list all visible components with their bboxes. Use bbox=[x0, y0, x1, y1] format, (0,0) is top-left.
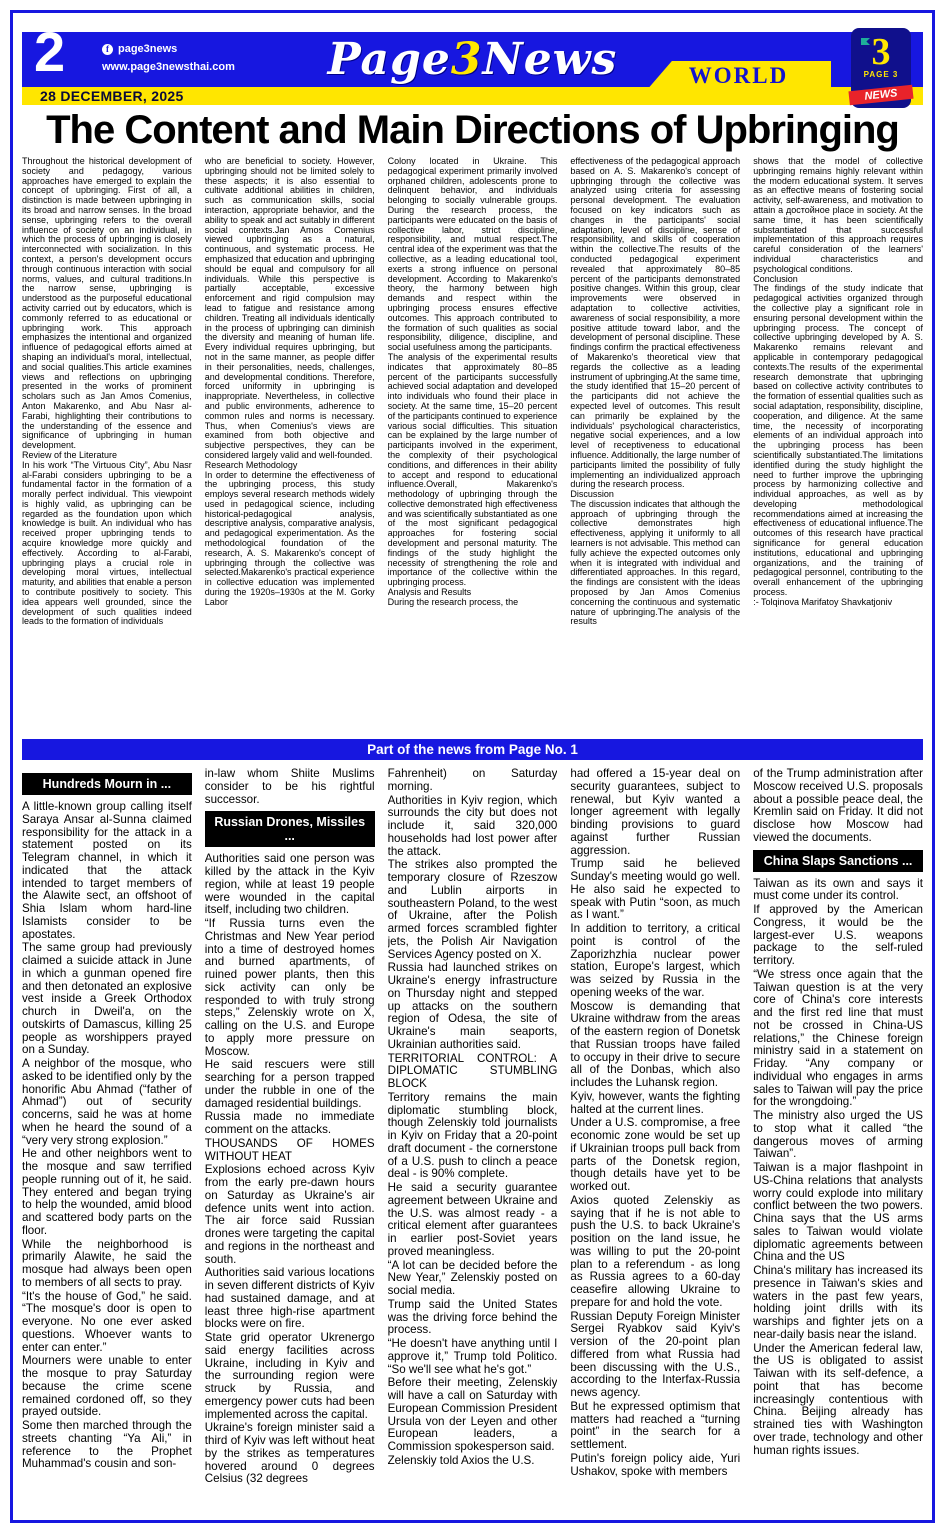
article-paragraph: Russian Deputy Foreign Minister Sergei R… bbox=[570, 1311, 740, 1400]
article-paragraph: effectiveness of the pedagogical approac… bbox=[570, 157, 740, 490]
article-paragraph: Kyiv, however, wants the fighting halted… bbox=[570, 1091, 740, 1117]
article-paragraph: The analysis of the experimental results… bbox=[388, 353, 558, 588]
article-paragraph: Fahrenheit) on Saturday morning. bbox=[388, 768, 558, 794]
newspaper-title-part2: 3 bbox=[451, 34, 483, 85]
article-paragraph: Some then marched through the streets ch… bbox=[22, 1420, 192, 1471]
article-paragraph: Taiwan is a major flashpoint in US-China… bbox=[753, 1162, 923, 1264]
article-paragraph: “A lot can be decided before the New Yea… bbox=[388, 1260, 558, 1298]
article-paragraph: Authorities said one person was killed b… bbox=[205, 853, 375, 917]
article-paragraph: Mourners were unable to enter the mosque… bbox=[22, 1355, 192, 1419]
issue-date: 28 DECEMBER, 2025 bbox=[22, 88, 184, 104]
article-paragraph: “He doesn't have anything until I approv… bbox=[388, 1338, 558, 1376]
article-paragraph: During the research process, the bbox=[388, 598, 558, 608]
logo-page-label: PAGE 3 bbox=[853, 70, 909, 79]
section-label: WORLD bbox=[689, 63, 788, 89]
article-paragraph: Russia made no immediate comment on the … bbox=[205, 1111, 375, 1137]
main-article-column-2: who are beneficial to society. However, … bbox=[205, 157, 375, 733]
article-paragraph: A neighbor of the mosque, who asked to b… bbox=[22, 1058, 192, 1147]
news-section-body: Hundreds Mourn in ...A little-known grou… bbox=[22, 768, 923, 1516]
article-paragraph: The strikes also prompted the temporary … bbox=[388, 859, 558, 961]
article-paragraph: Ukraine's foreign minister said a third … bbox=[205, 1422, 375, 1486]
article-paragraph: He said a security guarantee agreement b… bbox=[388, 1182, 558, 1259]
article-paragraph: Russia had launched strikes on Ukraine's… bbox=[388, 962, 558, 1051]
newspaper-title-part1: Page bbox=[328, 34, 451, 85]
news-column-4: had offered a 15-year deal on security g… bbox=[570, 768, 740, 1516]
newspaper-page: 2 f page3news www.page3newsthai.com Page… bbox=[0, 0, 945, 1531]
article-paragraph: Trump said the United States was the dri… bbox=[388, 1299, 558, 1337]
article-paragraph: In addition to territory, a critical poi… bbox=[570, 923, 740, 1000]
article-paragraph: The ministry also urged the US to stop w… bbox=[753, 1110, 923, 1161]
section-band: WORLD bbox=[646, 61, 831, 91]
article-paragraph: While the neighborhood is primarily Alaw… bbox=[22, 1239, 192, 1290]
main-article-column-3: Colony located in Ukraine. This pedagogi… bbox=[388, 157, 558, 733]
newspaper-title-part3: News bbox=[482, 34, 617, 85]
news-column-2: in-law whom Shiite Muslims consider to b… bbox=[205, 768, 375, 1516]
article-paragraph: Under the American federal law, the US i… bbox=[753, 1343, 923, 1458]
article-paragraph: Putin's foreign policy aide, Yuri Ushako… bbox=[570, 1453, 740, 1479]
article-paragraph: In his work “The Virtuous City”, Abu Nas… bbox=[22, 461, 192, 628]
article-paragraph: Authorities in Kyiv region, which surrou… bbox=[388, 795, 558, 859]
article-paragraph: He said rescuers were still searching fo… bbox=[205, 1059, 375, 1110]
article-paragraph: THOUSANDS OF HOMES WITHOUT HEAT bbox=[205, 1138, 375, 1164]
masthead-bar: 2 f page3news www.page3newsthai.com Page… bbox=[22, 32, 923, 87]
main-article-column-4: effectiveness of the pedagogical approac… bbox=[570, 157, 740, 733]
article-section-headline: Russian Drones, Missiles ... bbox=[205, 811, 375, 847]
news-column-3: Fahrenheit) on Saturday morning.Authorit… bbox=[388, 768, 558, 1516]
article-paragraph: Axios quoted Zelenskiy as saying that if… bbox=[570, 1195, 740, 1310]
article-paragraph: :- Tolqinova Marifatoy Shavkatjoniv bbox=[753, 598, 923, 608]
article-paragraph: A little-known group calling itself Sara… bbox=[22, 801, 192, 941]
article-paragraph: Moscow is demanding that Ukraine withdra… bbox=[570, 1001, 740, 1090]
main-article-column-5: shows that the model of collective upbri… bbox=[753, 157, 923, 733]
article-paragraph: The same group had previously claimed a … bbox=[22, 942, 192, 1057]
main-article-body: Throughout the historical development of… bbox=[22, 157, 923, 733]
article-paragraph: He and other neighbors went to the mosqu… bbox=[22, 1148, 192, 1237]
continuation-label: Part of the news from Page No. 1 bbox=[367, 742, 578, 757]
news-column-5: of the Trump administration after Moscow… bbox=[753, 768, 923, 1516]
continuation-divider: Part of the news from Page No. 1 bbox=[22, 739, 923, 760]
article-section-headline: China Slaps Sanctions ... bbox=[753, 850, 923, 872]
article-paragraph: In order to determine the effectiveness … bbox=[205, 471, 375, 608]
article-paragraph: Throughout the historical development of… bbox=[22, 157, 192, 451]
article-paragraph: TERRITORIAL CONTROL: A DIPLOMATIC STUMBL… bbox=[388, 1053, 558, 1091]
article-paragraph: State grid operator Ukrenergo said energ… bbox=[205, 1332, 375, 1421]
article-paragraph: But he expressed optimism that matters h… bbox=[570, 1401, 740, 1452]
main-article-column-1: Throughout the historical development of… bbox=[22, 157, 192, 733]
article-paragraph: Territory remains the main diplomatic st… bbox=[388, 1092, 558, 1181]
article-paragraph: Zelenskiy told Axios the U.S. bbox=[388, 1455, 558, 1468]
article-paragraph: Taiwan as its own and says it must come … bbox=[753, 878, 923, 904]
article-paragraph: Authorities said various locations in se… bbox=[205, 1267, 375, 1331]
article-paragraph: had offered a 15-year deal on security g… bbox=[570, 768, 740, 857]
article-paragraph: who are beneficial to society. However, … bbox=[205, 157, 375, 461]
logo-number: 3 bbox=[853, 30, 909, 74]
news-column-1: Hundreds Mourn in ...A little-known grou… bbox=[22, 768, 192, 1516]
logo-news-ribbon: NEWS bbox=[848, 85, 913, 106]
article-paragraph: Under a U.S. compromise, a free economic… bbox=[570, 1117, 740, 1194]
main-headline: The Content and Main Directions of Upbri… bbox=[22, 109, 923, 151]
article-paragraph: If approved by the American Congress, it… bbox=[753, 904, 923, 968]
article-paragraph: of the Trump administration after Moscow… bbox=[753, 768, 923, 845]
article-paragraph: Colony located in Ukraine. This pedagogi… bbox=[388, 157, 558, 353]
article-paragraph: Trump said he believed Sunday's meeting … bbox=[570, 858, 740, 922]
article-paragraph: “If Russia turns even the Christmas and … bbox=[205, 918, 375, 1058]
article-paragraph: The findings of the study indicate that … bbox=[753, 284, 923, 598]
article-paragraph: “It's the house of God,” he said. “The m… bbox=[22, 1291, 192, 1355]
article-paragraph: The discussion indicates that although t… bbox=[570, 500, 740, 627]
article-paragraph: “We stress once again that the Taiwan qu… bbox=[753, 969, 923, 1109]
article-paragraph: shows that the model of collective upbri… bbox=[753, 157, 923, 275]
article-paragraph: China's military has increased its prese… bbox=[753, 1265, 923, 1342]
article-paragraph: Explosions echoed across Kyiv from the e… bbox=[205, 1164, 375, 1266]
article-paragraph: in-law whom Shiite Muslims consider to b… bbox=[205, 768, 375, 806]
page3-logo: 3 PAGE 3 NEWS bbox=[853, 30, 909, 106]
article-paragraph: Before their meeting, Zelenskiy will hav… bbox=[388, 1377, 558, 1454]
article-section-headline: Hundreds Mourn in ... bbox=[22, 773, 192, 795]
